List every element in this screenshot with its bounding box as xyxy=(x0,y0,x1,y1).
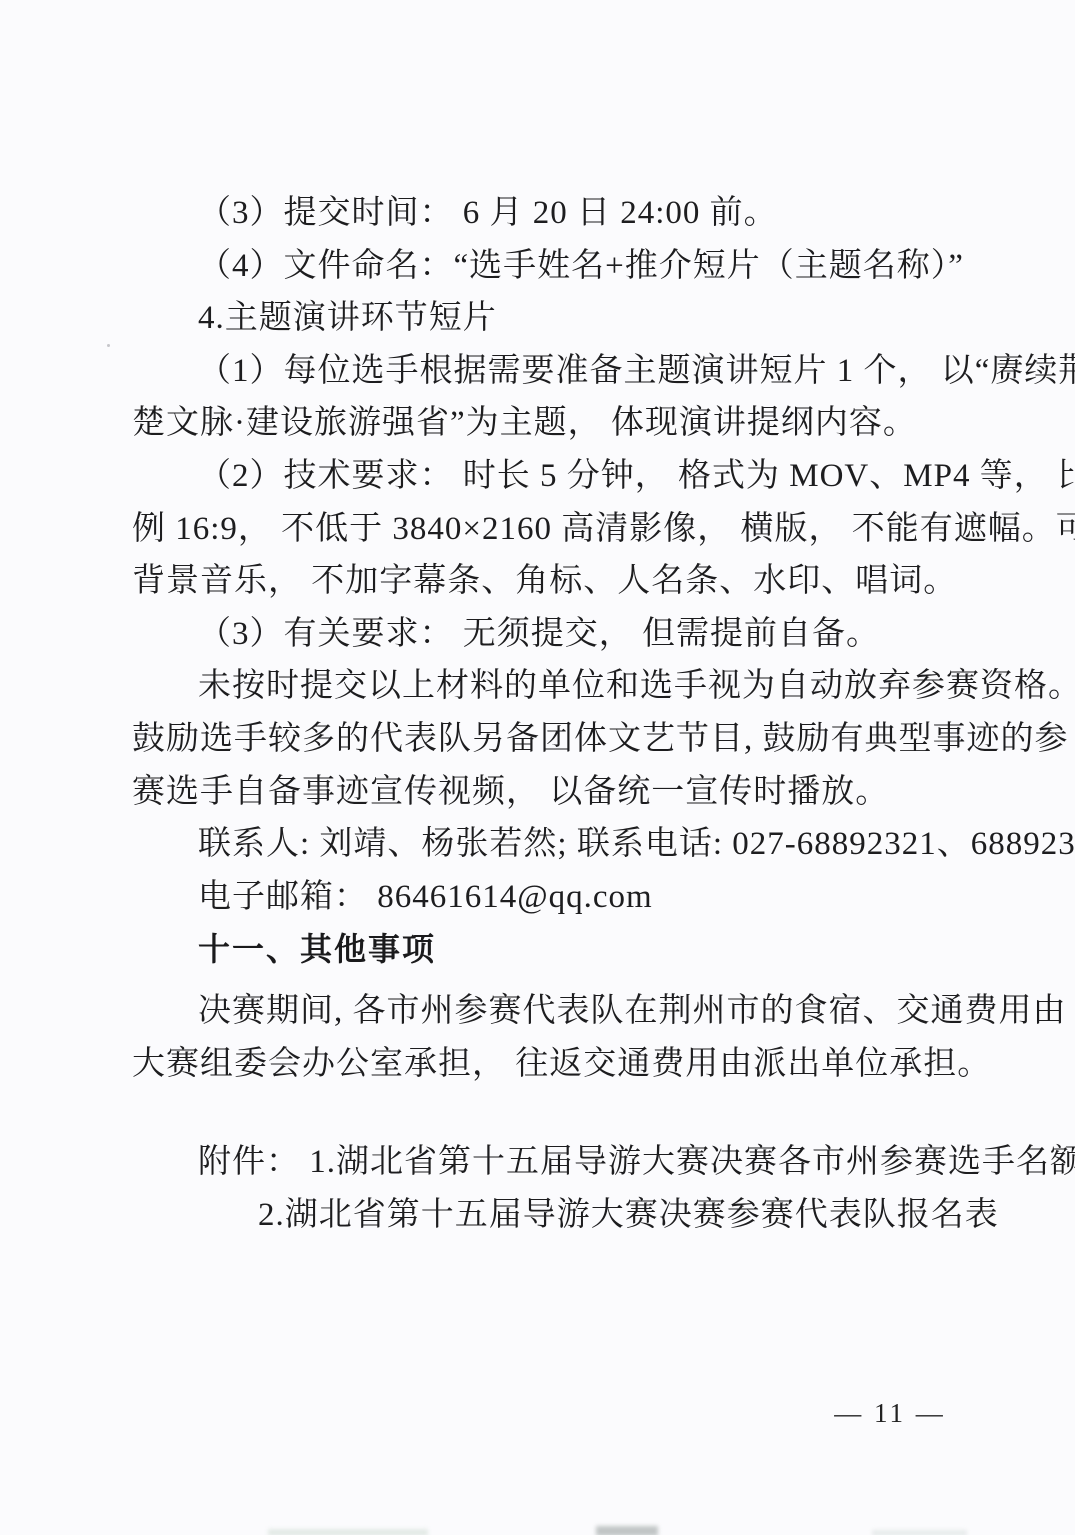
page-number: — 11 — xyxy=(832,1398,948,1429)
scan-edge-artifact xyxy=(596,1526,658,1535)
line-file-naming: （4）文件命名：“选手姓名+推介短片（主题名称）” xyxy=(132,240,947,293)
attachment-line-1: 附件： 1.湖北省第十五届导游大赛决赛各市州参赛选手名额 xyxy=(132,1136,947,1189)
section-heading-other-matters: 十一、其他事项 xyxy=(132,923,947,976)
line-tech-req-1: （2）技术要求： 时长 5 分钟， 格式为 MOV、MP4 等， 比 xyxy=(132,450,947,503)
line-submission-time: （3）提交时间： 6 月 20 日 24:00 前。 xyxy=(132,187,947,240)
line-expenses-2: 大赛组委会办公室承担， 往返交通费用由派出单位承担。 xyxy=(132,1038,947,1091)
document-page: （3）提交时间： 6 月 20 日 24:00 前。 （4）文件命名：“选手姓名… xyxy=(0,0,1075,1535)
line-expenses-1: 决赛期间, 各市州参赛代表队在荆州市的食宿、交通费用由 xyxy=(132,985,947,1038)
scan-edge-artifact xyxy=(268,1529,428,1535)
line-forfeit-1: 未按时提交以上材料的单位和选手视为自动放弃参赛资格。 xyxy=(132,660,947,713)
line-related-req: （3）有关要求： 无须提交， 但需提前自备。 xyxy=(132,608,947,661)
line-forfeit-2: 鼓励选手较多的代表队另备团体文艺节目, 鼓励有典型事迹的参 xyxy=(132,713,947,766)
line-section-4-title: 4.主题演讲环节短片 xyxy=(132,292,947,345)
attachment-line-2: 2.湖北省第十五届导游大赛决赛参赛代表队报名表 xyxy=(132,1189,947,1242)
line-speech-video-1: （1）每位选手根据需要准备主题演讲短片 1 个， 以“赓续荆 xyxy=(132,345,947,398)
document-body: （3）提交时间： 6 月 20 日 24:00 前。 （4）文件命名：“选手姓名… xyxy=(132,187,947,1241)
scan-speck xyxy=(107,344,110,347)
line-speech-video-2: 楚文脉·建设旅游强省”为主题， 体现演讲提纲内容。 xyxy=(132,397,947,450)
scan-edge-artifact xyxy=(872,1530,967,1535)
line-email: 电子邮箱： 86461614@qq.com xyxy=(132,871,947,924)
line-forfeit-3: 赛选手自备事迹宣传视频， 以备统一宣传时播放。 xyxy=(132,766,947,819)
line-contacts: 联系人: 刘靖、杨张若然; 联系电话: 027-68892321、6889233… xyxy=(132,818,947,871)
line-tech-req-2: 例 16:9， 不低于 3840×2160 高清影像， 横版， 不能有遮幅。可加 xyxy=(132,503,947,556)
line-tech-req-3: 背景音乐， 不加字幕条、角标、人名条、水印、唱词。 xyxy=(132,555,947,608)
